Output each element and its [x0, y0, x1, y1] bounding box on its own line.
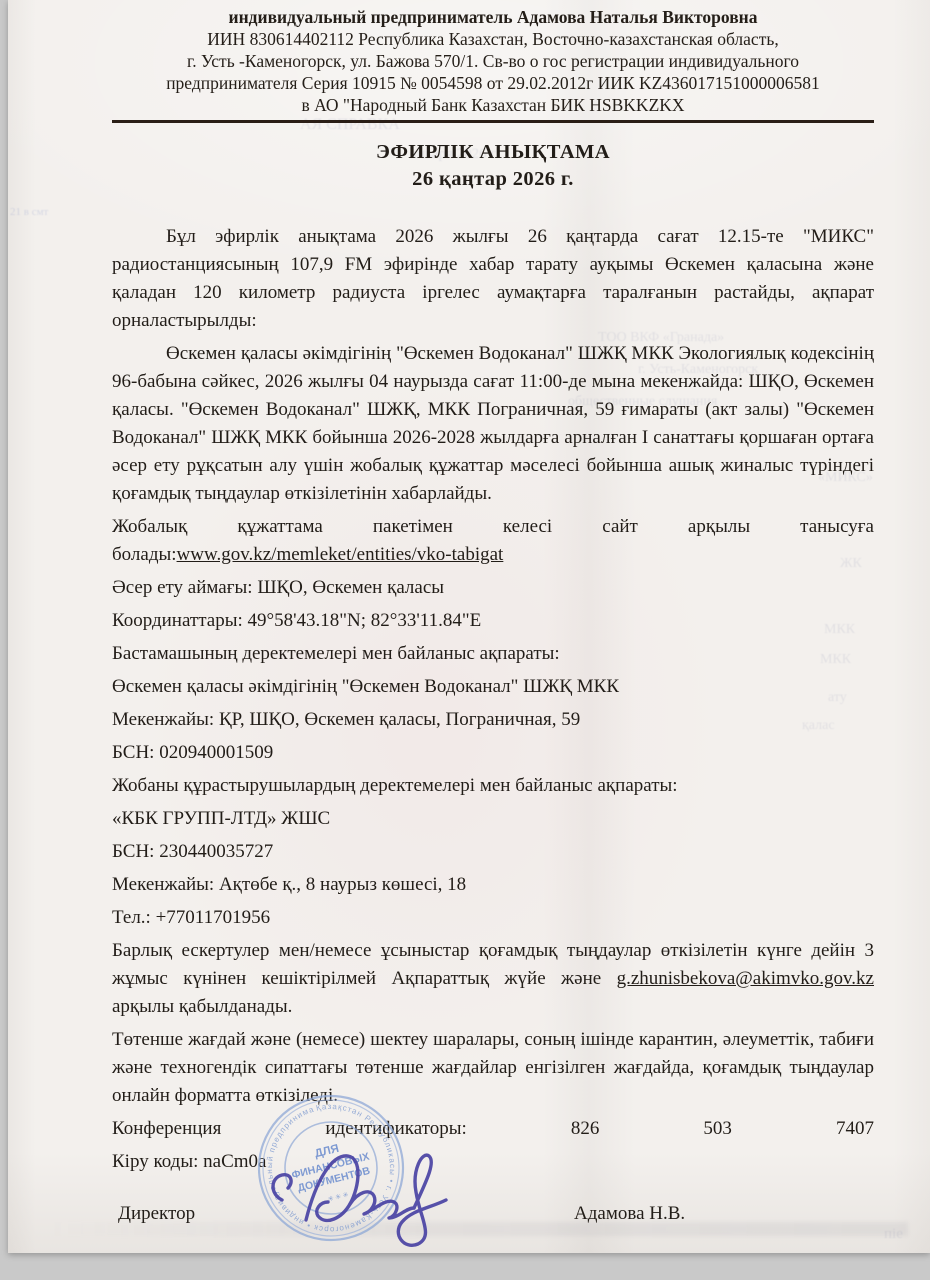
conference-id-part1: 826 — [571, 1115, 600, 1143]
paragraph-designer-address: Мекенжайы: Ақтөбе қ., 8 наурыз көшесі, 1… — [112, 871, 874, 899]
paragraph-designer-phone: Тел.: +77011701956 — [112, 904, 874, 932]
paragraph-broadcast-confirmation: Бұл эфирлік анықтама 2026 жылғы 26 қаңта… — [112, 223, 874, 335]
letterhead-registration-line: предпринимателя Серия 10915 № 0054598 от… — [112, 72, 874, 94]
conference-id-part2: 503 — [703, 1115, 732, 1143]
comments-submission-suffix: арқылы қабылданады. — [112, 996, 292, 1017]
paragraph-emergency-online: Төтенше жағдай және (немесе) шектеу шара… — [112, 1026, 874, 1110]
letterhead-bank-line: в АО "Народный Банк Казахстан БИК HSBKKZ… — [112, 94, 874, 116]
conference-identifiers-label: идентификаторы: — [325, 1115, 466, 1143]
paragraph-designer-name: «КБК ГРУПП-ЛТД» ЖШС — [112, 805, 874, 833]
document-title: ЭФИРЛІК АНЫҚТАМА — [112, 139, 874, 166]
paragraph-hearing-announcement: Өскемен қаласы әкімдігінің "Өскемен Водо… — [112, 340, 874, 508]
letterhead-entrepreneur-name: индивидуальный предприниматель Адамова Н… — [112, 6, 874, 28]
paragraph-designer-heading: Жобаны құрастырушылардың деректемелері м… — [112, 772, 874, 800]
paragraph-initiator-bsn: БСН: 020940001509 — [112, 739, 874, 767]
letterhead-iin-line: ИИН 830614402112 Республика Казахстан, В… — [112, 28, 874, 50]
paragraph-impact-area: Әсер ету аймағы: ШҚО, Өскемен қаласы — [112, 574, 874, 602]
documentation-site-link[interactable]: www.gov.kz/memleket/entities/vko-tabigat — [177, 544, 504, 565]
ghost-fragment: 21 в смт — [10, 206, 48, 218]
letterhead-address-line: г. Усть -Каменогорск, ул. Бажова 570/1. … — [112, 50, 874, 72]
paragraph-access-code: Кіру коды: naCm0a — [112, 1148, 874, 1176]
paragraph-designer-bsn: БСН: 230440035727 — [112, 838, 874, 866]
conference-id-part3: 7407 — [836, 1115, 874, 1143]
document-title-block: ЭФИРЛІК АНЫҚТАМА 26 қаңтар 2026 г. — [112, 139, 874, 193]
signature-row: Директор Адамова Н.В. — [112, 1200, 874, 1240]
signatory-name: Адамова Н.В. — [574, 1200, 685, 1228]
letterhead: индивидуальный предприниматель Адамова Н… — [112, 6, 874, 116]
paragraph-comments-submission: Барлық ескертулер мен/немесе ұсыныстар қ… — [112, 937, 874, 1021]
document-content: индивидуальный предприниматель Адамова Н… — [112, 6, 874, 1240]
paragraph-initiator-heading: Бастамашының деректемелері мен байланыс … — [112, 640, 874, 668]
paragraph-coordinates: Координаттары: 49°58'43.18"N; 82°33'11.8… — [112, 607, 874, 635]
letterhead-divider — [112, 120, 874, 123]
document-page: АЯ СПРАВКА января 2026 г. ТОО ВКФ «Грана… — [8, 0, 930, 1253]
document-date: 26 қаңтар 2026 г. — [112, 166, 874, 193]
conference-label: Конференция — [112, 1115, 221, 1143]
signatory-role: Директор — [118, 1200, 195, 1228]
paragraph-initiator-name: Өскемен қаласы әкімдігінің "Өскемен Водо… — [112, 673, 874, 701]
ghost-fragment: піе — [884, 1226, 903, 1243]
conference-id-row: Конференция идентификаторы: 826 503 7407 — [112, 1115, 874, 1143]
paragraph-initiator-address: Мекенжайы: ҚР, ШҚО, Өскемен қаласы, Погр… — [112, 706, 874, 734]
submission-email-link[interactable]: g.zhunisbekova@akimvko.gov.kz — [617, 968, 874, 989]
paragraph-documentation-site: Жобалық құжаттама пакетімен келесі сайт … — [112, 513, 874, 569]
